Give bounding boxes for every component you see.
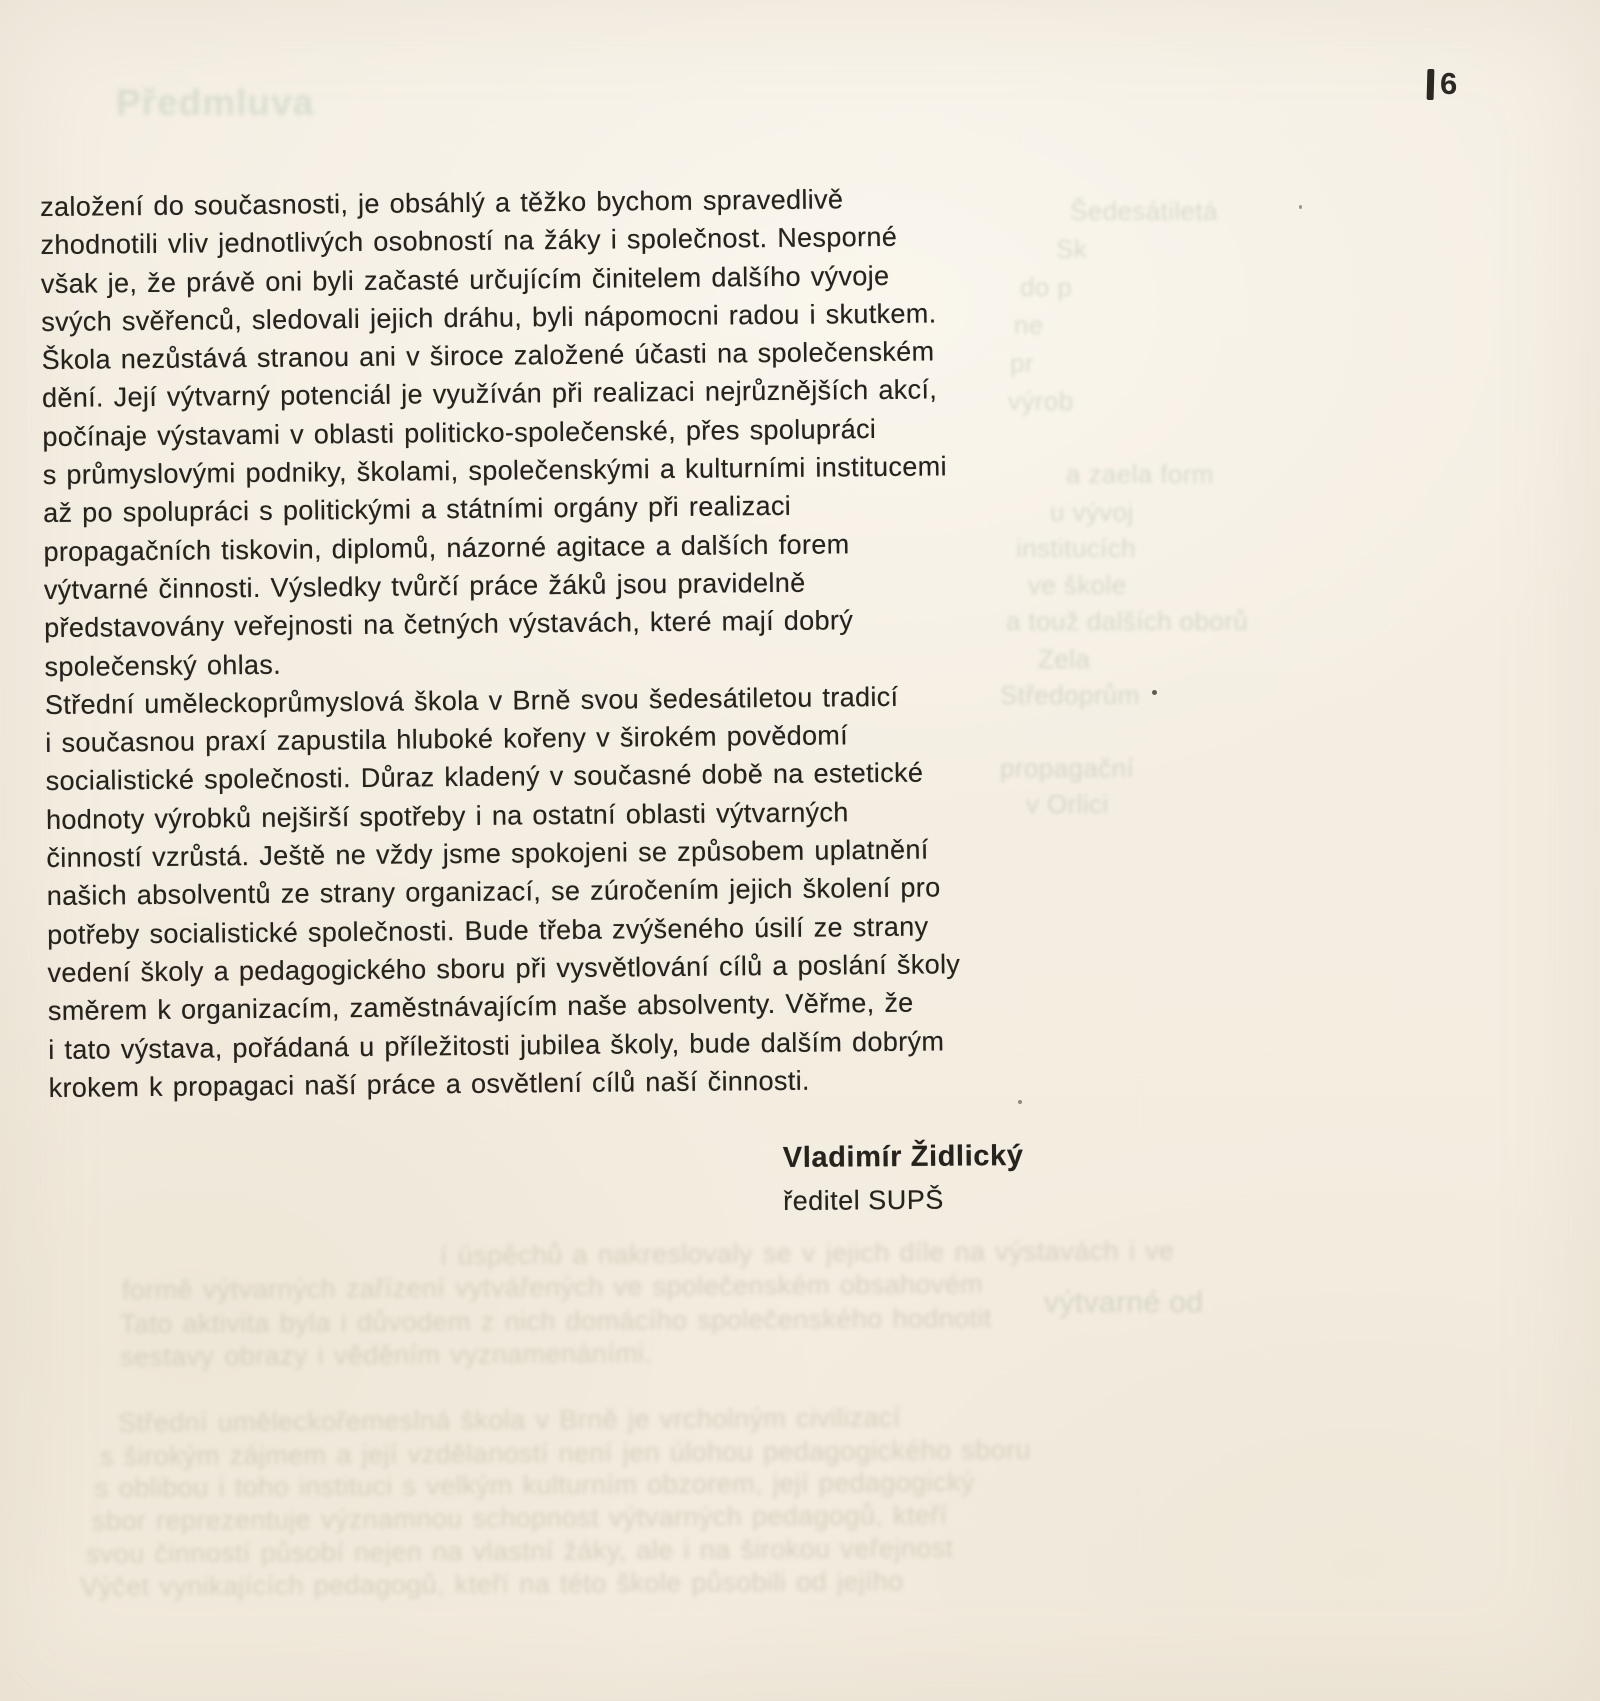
signature-block: Vladimír Židlický ředitel SUPŠ [783,1140,1024,1217]
page-number-digit: 6 [1440,66,1457,102]
signature-title: ředitel SUPŠ [783,1184,1024,1217]
ink-speck [1152,690,1157,695]
page-number: 6 [1427,66,1457,102]
ink-speck [1299,205,1302,209]
signature-name: Vladimír Židlický [783,1140,1024,1175]
page-number-tick-mark [1427,68,1435,99]
scanned-book-page: { "page_header": { "page_number": "6" },… [0,0,1600,1701]
ink-speck [1018,1100,1022,1104]
preface-body-text: založení do současnosti, je obsáhlý a tě… [40,178,1109,1107]
